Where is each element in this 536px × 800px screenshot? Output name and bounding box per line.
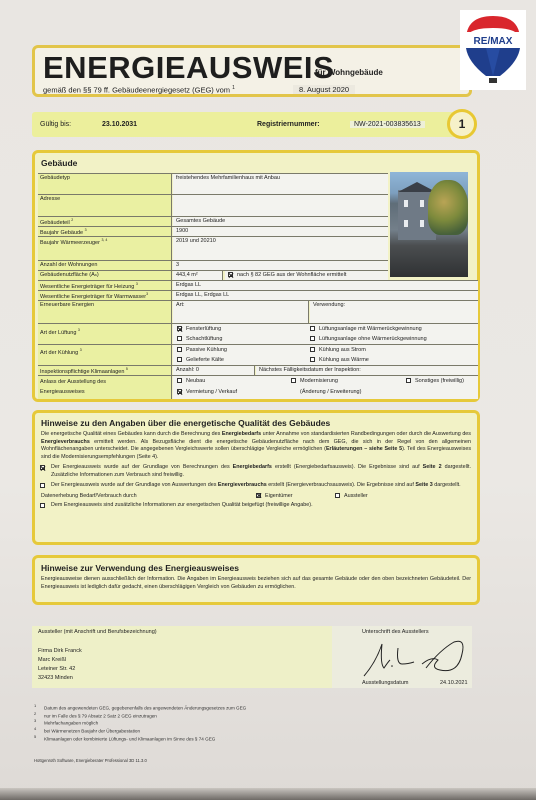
occasion-option[interactable]: Vermietung / Verkauf: [177, 389, 237, 395]
ventilation-option[interactable]: Schachtlüftung: [177, 336, 222, 342]
footnote: 5Klimaanlagen oder kombinierte Lüftungs-…: [34, 734, 246, 742]
demand-certificate-option[interactable]: Der Energieausweis wurde auf der Grundla…: [35, 461, 477, 479]
occasion-option[interactable]: Neubau: [177, 378, 205, 384]
cooling-row: Art der Kühlung 3 Passive Kühlung Kühlun…: [38, 344, 478, 365]
page-edge-shadow: [0, 788, 536, 800]
demand-checkbox[interactable]: [40, 465, 45, 470]
data-collection-row: Datenerhebung Bedarf/Verbrauch durch Eig…: [35, 492, 477, 501]
usage-notes-section: Hinweise zur Verwendung des Energieauswe…: [32, 555, 480, 605]
footnotes: 1Datum des angewendeten GEG, gegebenenfa…: [34, 703, 246, 742]
footnote: 4bei Wärmenetzen Baujahr der Übergabesta…: [34, 726, 246, 734]
issuer-label: Aussteller (mit Anschrift und Berufsbeze…: [38, 629, 326, 635]
table-row: Gebäudetyp freistehendes Mehrfamilienhau…: [38, 173, 388, 194]
footnote: 1Datum des angewendeten GEG, gegebenenfa…: [34, 703, 246, 711]
table-row: Adresse: [38, 194, 388, 216]
consumption-certificate-option[interactable]: Der Energieausweis wurde auf der Grundla…: [35, 479, 477, 489]
svg-text:RE/MAX: RE/MAX: [474, 36, 513, 47]
issuer-option[interactable]: Aussteller: [335, 493, 368, 499]
issue-date-value: 24.10.2021: [440, 680, 468, 686]
validity-bar: Gültig bis: 23.10.2031 Registriernummer:…: [32, 112, 457, 137]
issuer-block: Aussteller (mit Anschrift und Berufsbeze…: [32, 626, 472, 688]
registration-label: Registriernummer:: [257, 121, 320, 128]
quality-notes-title: Hinweise zu den Angaben über die energet…: [35, 413, 477, 431]
renewable-row: Erneuerbare Energien Art: Verwendung:: [38, 300, 478, 323]
occasion-option[interactable]: Sonstiges (freiwillig): [406, 378, 464, 384]
usage-notes-title: Hinweise zur Verwendung des Energieauswe…: [35, 558, 477, 576]
inspection-row: Inspektionspflichtige Klimaanlagen 5 Anz…: [38, 365, 478, 375]
occasion-subtext: (Änderung / Erweiterung): [300, 389, 361, 395]
table-row: Gebäudeteil 2 Gesamtes Gebäude: [38, 216, 388, 226]
table-row: Wesentliche Energieträger für Warmwasser…: [38, 290, 478, 300]
footnote: 3Mehrfachangaben möglich: [34, 718, 246, 726]
signature-icon: [362, 634, 472, 680]
issue-date-label: Ausstellungsdatum: [362, 680, 408, 686]
remax-logo: RE/MAX: [460, 10, 526, 90]
quality-notes-text: Die energetische Qualität eines Gebäudes…: [35, 431, 477, 461]
building-photo: [390, 172, 468, 277]
additional-info-checkbox[interactable]: [40, 503, 45, 508]
page-number-badge: 1: [447, 109, 477, 139]
table-row: Wesentliche Energieträger für Heizung 3 …: [38, 280, 478, 290]
quality-notes-section: Hinweise zu den Angaben über die energet…: [32, 410, 480, 545]
title-box: ENERGIEAUSWEIS für Wohngebäude gemäß den…: [32, 45, 472, 97]
usage-notes-text: Energieausweise dienen ausschließlich de…: [35, 576, 477, 591]
document-title: ENERGIEAUSWEIS: [43, 50, 334, 86]
document-subtitle: für Wohngebäude: [315, 68, 383, 77]
ventilation-row: Art der Lüftung 3 Fensterlüftung Lüftung…: [38, 323, 478, 344]
consumption-checkbox[interactable]: [40, 483, 45, 488]
address-value: [173, 195, 388, 216]
law-reference: gemäß den §§ 79 ff. Gebäudeenergiegesetz…: [43, 85, 235, 95]
valid-until-value: 23.10.2031: [102, 121, 137, 128]
cooling-option[interactable]: Gelieferte Kälte: [177, 357, 224, 363]
energy-certificate-page: ENERGIEAUSWEIS für Wohngebäude gemäß den…: [0, 0, 536, 800]
cooling-option[interactable]: Kühlung aus Wärme: [310, 357, 369, 363]
cooling-option[interactable]: Kühlung aus Strom: [310, 347, 366, 353]
software-credit: Hottgenroth Software, Energieberater Pro…: [34, 758, 147, 763]
law-date: 8. August 2020: [293, 85, 355, 94]
issuer-address: Firma Dirk Franck Marc Kreißl Leteiner S…: [38, 647, 326, 683]
cooling-option[interactable]: Passive Kühlung: [177, 347, 227, 353]
valid-until-label: Gültig bis:: [40, 121, 71, 128]
table-row: Baujahr Wärmeerzeuger 3, 4 2019 und 2021…: [38, 236, 388, 260]
ventilation-option[interactable]: Lüftungsanlage mit Wärmerückgewinnung: [310, 326, 422, 332]
ventilation-option[interactable]: Fensterlüftung: [177, 326, 221, 332]
ventilation-option[interactable]: Lüftungsanlage ohne Wärmerückgewinnung: [310, 336, 427, 342]
table-row: Baujahr Gebäude 3 1900: [38, 226, 388, 236]
additional-info-option[interactable]: Dem Energieausweis sind zusätzliche Info…: [35, 501, 477, 509]
owner-option[interactable]: Eigentümer: [256, 493, 293, 499]
table-row: Anzahl der Wohnungen 3: [38, 260, 388, 270]
occasion-row: Anlass der Ausstellung desEnergieausweis…: [38, 375, 478, 399]
balloon-logo-icon: RE/MAX: [460, 10, 526, 90]
registration-number: NW-2021-003835613: [350, 121, 425, 128]
building-section-title: Gebäude: [35, 153, 477, 171]
table-row: Gebäudenutzfläche (Aₙ) 443,4 m² nach § 8…: [38, 270, 388, 280]
footnote: 2nur im Falle des § 79 Absatz 2 Satz 2 G…: [34, 711, 246, 719]
occasion-option[interactable]: Modernisierung: [291, 378, 338, 384]
area-from-living-space-checkbox[interactable]: [228, 272, 233, 277]
